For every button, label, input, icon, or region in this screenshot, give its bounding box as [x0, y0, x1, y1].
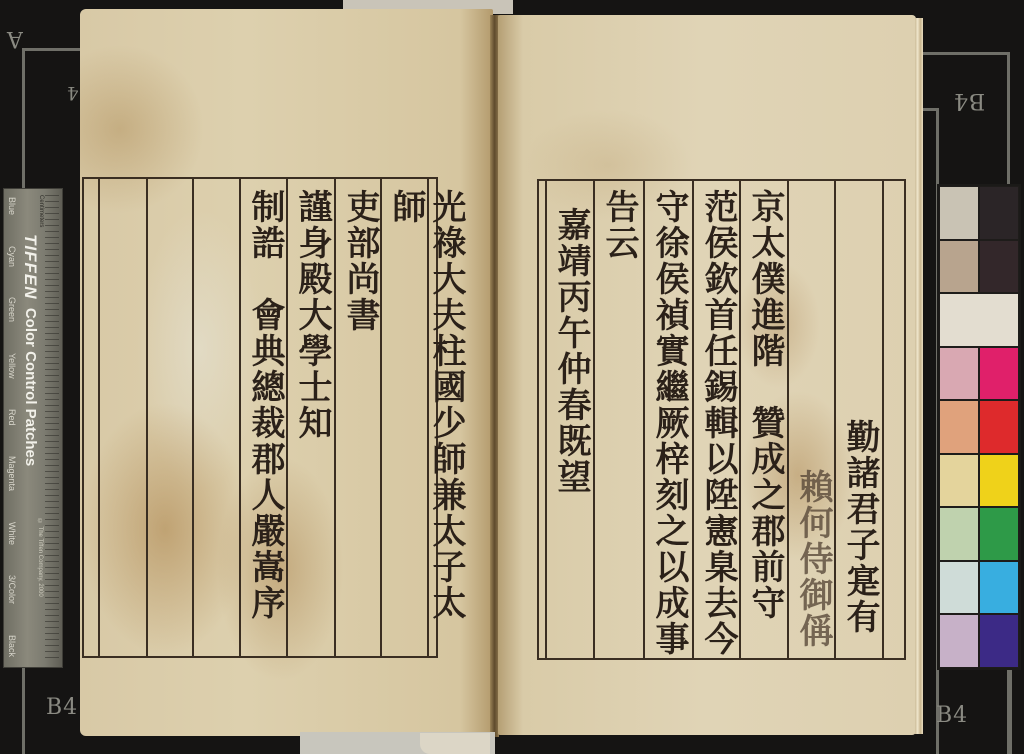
column-rule — [692, 181, 694, 658]
text-column-7: 嘉靖丙午仲春既望 — [551, 207, 591, 495]
color-patch — [939, 507, 979, 561]
color-patch — [939, 240, 979, 294]
centimeters-label: Centimeters — [38, 195, 44, 227]
column-rule — [643, 181, 645, 658]
color-patch — [979, 614, 1019, 668]
color-patch — [979, 507, 1019, 561]
patch-labels: Blue Cyan Green Yellow Red Magenta White… — [7, 197, 17, 657]
column-rule — [380, 179, 382, 656]
text-column-4: 范侯欽首任錫輯以陞憲臬去今 — [698, 189, 738, 657]
column-rule — [882, 181, 884, 658]
color-patch — [979, 400, 1019, 454]
column-rule — [239, 179, 241, 656]
text-column-3: 京太僕進階 贊成之郡前守 — [745, 189, 785, 621]
color-patch — [939, 293, 1019, 347]
text-column-2: 吏部尚書 — [340, 189, 380, 333]
ruler-ticks — [45, 195, 59, 661]
color-patch — [979, 240, 1019, 294]
color-control-chart — [937, 184, 1021, 670]
tiffen-logo: TIFFEN — [21, 234, 40, 300]
text-column-1: 光祿大夫柱國少師兼太子太師 — [386, 189, 466, 656]
frame-label-a: A — [6, 26, 23, 51]
column-rule — [593, 181, 595, 658]
label-3color: 3/Color — [7, 575, 17, 604]
frame-label-b4-bottom-right: B4 — [936, 703, 968, 728]
text-column-3: 謹身殿大學士知 — [292, 189, 332, 441]
label-white: White — [7, 522, 17, 545]
label-blue: Blue — [7, 197, 17, 215]
column-rule — [545, 181, 547, 658]
text-column-2: 賴何侍御偁 — [793, 469, 833, 649]
right-page: 勤諸君子寔有 賴何侍御偁 京太僕進階 贊成之郡前守 范侯欽首任錫輯以陞憲臬去今 … — [498, 15, 916, 735]
column-rule — [146, 179, 148, 656]
color-patch — [979, 186, 1019, 240]
color-patch — [939, 400, 979, 454]
label-yellow: Yellow — [7, 353, 17, 379]
color-patch — [939, 186, 979, 240]
column-rule — [334, 179, 336, 656]
color-patch — [939, 561, 979, 615]
copyright-text: © The Tiffen Company, 2000 — [37, 519, 43, 597]
bottom-paper-slip-tab — [420, 733, 490, 754]
label-cyan: Cyan — [7, 246, 17, 267]
color-patch — [979, 454, 1019, 508]
color-patch — [979, 561, 1019, 615]
label-red: Red — [7, 409, 17, 426]
tiffen-gray-scale-strip: Centimeters Blue Cyan Green Yellow Red M… — [3, 188, 63, 668]
color-patch — [939, 347, 979, 401]
left-page: 光祿大夫柱國少師兼太子太師 吏部尚書 謹身殿大學士知 制誥 會典總裁郡人嚴嵩序 — [80, 9, 493, 736]
strip-title: Color Control Patches — [22, 308, 39, 466]
frame-label-b4-bottom-left: B4 — [46, 695, 78, 720]
left-page-text-frame: 光祿大夫柱國少師兼太子太師 吏部尚書 謹身殿大學士知 制誥 會典總裁郡人嚴嵩序 — [82, 177, 438, 658]
text-column-4: 制誥 會典總裁郡人嚴嵩序 — [245, 189, 285, 621]
column-rule — [739, 181, 741, 658]
text-column-1: 勤諸君子寔有 — [840, 419, 880, 635]
column-rule — [192, 179, 194, 656]
column-rule — [98, 179, 100, 656]
text-column-5: 守徐侯禎實繼厥梓刻之以成事 — [649, 189, 689, 657]
label-magenta: Magenta — [7, 456, 17, 491]
page-edges — [915, 18, 923, 734]
label-green: Green — [7, 297, 17, 322]
column-rule — [787, 181, 789, 658]
label-black: Black — [7, 635, 17, 657]
text-column-6: 告云 — [599, 189, 639, 261]
frame-label-b4-top-right: B4 — [953, 88, 985, 113]
color-patch — [979, 347, 1019, 401]
column-rule — [834, 181, 836, 658]
column-rule — [286, 179, 288, 656]
right-page-text-frame: 勤諸君子寔有 賴何侍御偁 京太僕進階 贊成之郡前守 范侯欽首任錫輯以陞憲臬去今 … — [537, 179, 906, 660]
color-patch — [939, 454, 979, 508]
color-patch — [939, 614, 979, 668]
tiffen-brand: TIFFEN Color Control Patches — [20, 234, 40, 466]
